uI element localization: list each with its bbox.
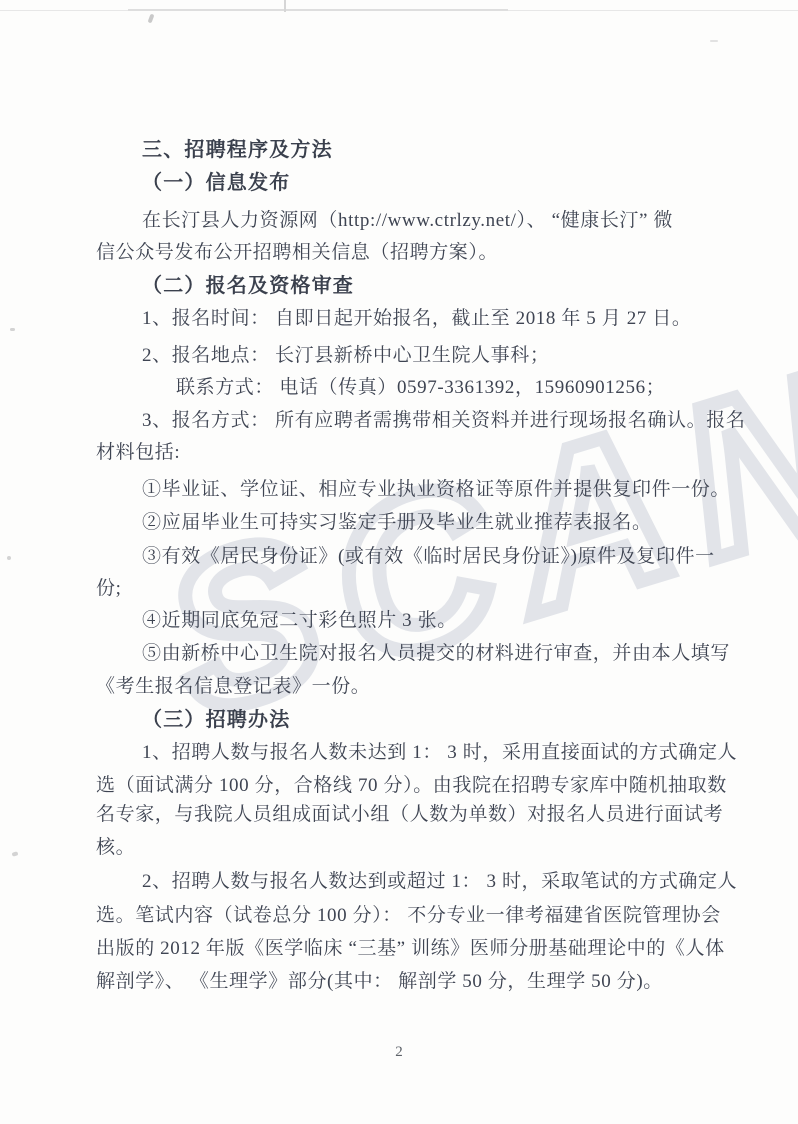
scan-artifact-top-line-dark (128, 9, 508, 11)
list-item-line: ④近期同底免冠二寸彩色照片 3 张。 (142, 609, 457, 633)
page-number: 2 (0, 1044, 798, 1061)
list-item-line: ③有效《居民身份证》(或有效《临时居民身份证》)原件及复印件一 (142, 545, 715, 569)
section-heading: 三、招聘程序及方法 (142, 138, 333, 162)
body-line: 1、报名时间： 自即日起开始报名，截止至 2018 年 5 月 27 日。 (142, 307, 691, 331)
scan-artifact-tick (284, 0, 286, 12)
scan-artifact-speck (10, 328, 15, 331)
body-line: 联系方式： 电话（传真）0597-3361392，15960901256； (176, 376, 665, 400)
list-item-line: ⑤由新桥中心卫生院对报名人员提交的材料进行审查，并由本人填写 (142, 642, 730, 666)
list-item-line: ②应届毕业生可持实习鉴定手册及毕业生就业推荐表报名。 (142, 511, 652, 535)
list-item-line: ①毕业证、学位证、相应专业执业资格证等原件并提供复印件一份。 (142, 478, 730, 502)
scan-artifact-speck (12, 851, 19, 856)
body-line: 在长汀县人力资源网（http://www.ctrlzy.net/）、 “健康长汀… (142, 209, 673, 233)
scan-artifact-speck (148, 14, 155, 24)
body-line: 出版的 2012 年版《医学临床 “三基” 训练》医师分册基础理论中的《人体 (96, 937, 725, 961)
scan-artifact-speck (710, 40, 718, 42)
body-line: 材料包括: (96, 441, 180, 465)
subsection-heading: （二）报名及资格审查 (142, 274, 354, 298)
body-line: 2、报名地点： 长汀县新桥中心卫生院人事科； (142, 344, 549, 368)
body-line: 《考生报名信息登记表》一份。 (96, 675, 370, 699)
scanned-document-page: SCAN 三、招聘程序及方法 （一）信息发布 在长汀县人力资源网（http://… (0, 0, 798, 1124)
scan-artifact-speck (7, 556, 11, 560)
subsection-heading: （一）信息发布 (142, 171, 290, 195)
body-line: 核。 (96, 836, 135, 860)
body-line: 选（面试满分 100 分，合格线 70 分）。由我院在招聘专家库中随机抽取数 (96, 774, 727, 798)
subsection-heading: （三）招聘办法 (142, 708, 290, 732)
body-line: 1、招聘人数与报名人数未达到 1： 3 时，采用直接面试的方式确定人 (142, 741, 737, 765)
body-line: 选。笔试内容（试卷总分 100 分）： 不分专业一律考福建省医院管理协会 (96, 904, 721, 928)
body-line: 信公众号发布公开招聘相关信息（招聘方案）。 (96, 241, 498, 265)
body-line: 3、报名方式： 所有应聘者需携带相关资料并进行现场报名确认。报名 (142, 409, 745, 433)
body-line: 解剖学》、 《生理学》部分(其中： 解剖学 50 分，生理学 50 分)。 (96, 970, 663, 994)
body-line: 2、招聘人数与报名人数达到或超过 1： 3 时，采取笔试的方式确定人 (142, 870, 737, 894)
body-line: 份; (96, 577, 121, 601)
body-line: 名专家，与我院人员组成面试小组（人数为单数）对报名人员进行面试考 (96, 803, 723, 827)
